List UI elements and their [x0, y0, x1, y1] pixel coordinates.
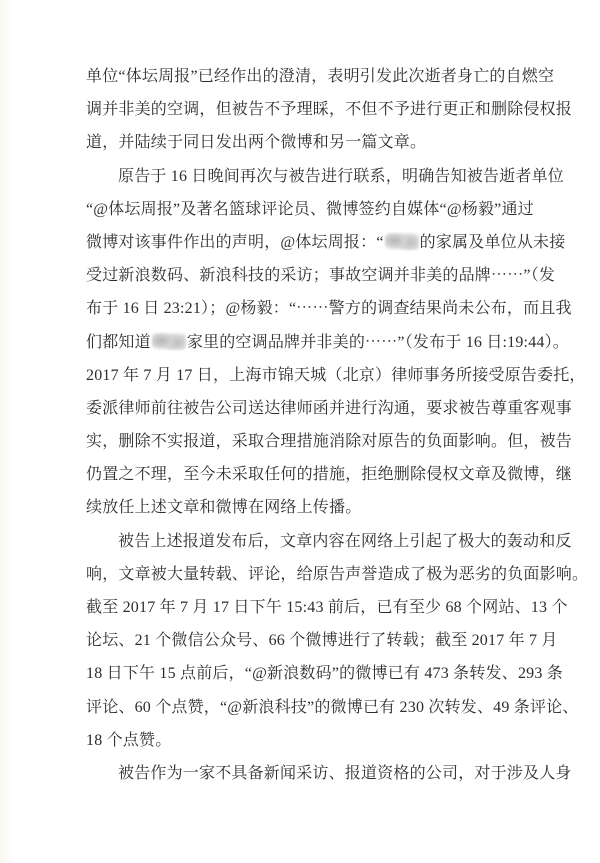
text-segment: 实，删除不实报道，采取合理措施消除对原告的负面影响。但，被告: [86, 433, 572, 450]
text-segment: 委派律师前往被告公司送达律师函并进行沟通，要求被告尊重客观事: [86, 400, 572, 417]
text-segment: 2017 年 7 月 17 日，上海市锦天城（北京）律师事务所接受原告委托，: [86, 367, 586, 384]
text-block: 单位“体坛周报”已经作出的澄清，表明引发此次逝者身亡的自燃空调并非美的空调，但被…: [86, 60, 514, 790]
text-segment: 论坛、21 个微信公众号、66 个微博进行了转载；截至 2017 年 7 月: [86, 632, 558, 649]
text-segment: 道，并陆续于同日发出两个微博和另一篇文章。: [86, 134, 426, 151]
scan-edge-artifact: [0, 0, 13, 863]
text-line: 被告作为一家不具备新闻采访、报道资格的公司，对于涉及人身: [86, 757, 514, 790]
text-segment: 18 个点赞。: [86, 732, 171, 749]
text-segment: 单位“体坛周报”已经作出的澄清，表明引发此次逝者身亡的自燃空: [86, 68, 554, 85]
text-line: 18 日下午 15 点前后，“@新浪数码”的微博已有 473 条转发、293 条: [86, 657, 514, 690]
text-segment: 们都知道: [86, 334, 151, 351]
text-line: 委派律师前往被告公司送达律师函并进行沟通，要求被告尊重客观事: [86, 392, 514, 425]
text-segment: 调并非美的空调，但被告不予理睬，不但不予进行更正和删除侵权报: [86, 101, 572, 118]
text-line: 布于 16 日 23:21）；@杨毅：“⋯⋯警方的调查结果尚未公布，而且我: [86, 292, 514, 325]
text-line: 仍置之不理，至今未采取任何的措施，拒绝删除侵权文章及微博，继: [86, 458, 514, 491]
text-line: 道，并陆续于同日发出两个微博和另一篇文章。: [86, 126, 514, 159]
text-segment: 微博对该事件作出的声明，@体坛周报：“: [86, 234, 384, 251]
text-segment: 的家属及单位从未接: [420, 234, 566, 251]
text-segment: 评论、60 个点赞，“@新浪科技”的微博已有 230 次转发、49 条评论、: [86, 699, 579, 716]
text-segment: 被告上述报道发布后，文章内容在网络上引起了极大的轰动和反: [118, 533, 572, 550]
text-line: 原告于 16 日晚间再次与被告进行联系，明确告知被告逝者单位: [86, 160, 514, 193]
redaction-blur: [385, 233, 419, 250]
text-line: 18 个点赞。: [86, 724, 514, 757]
text-segment: 响，文章被大量转载、评论，给原告声誉造成了极为恶劣的负面影响。: [86, 566, 588, 583]
text-segment: 仍置之不理，至今未采取任何的措施，拒绝删除侵权文章及微博，继: [86, 466, 572, 483]
text-line: 响，文章被大量转载、评论，给原告声誉造成了极为恶劣的负面影响。: [86, 558, 514, 591]
text-line: 被告上述报道发布后，文章内容在网络上引起了极大的轰动和反: [86, 525, 514, 558]
text-line: 微博对该事件作出的声明，@体坛周报：“的家属及单位从未接: [86, 226, 514, 259]
text-segment: 家里的空调品牌并非美的⋯⋯”（发布于 16 日:19:44）。: [187, 334, 569, 351]
text-line: 们都知道家里的空调品牌并非美的⋯⋯”（发布于 16 日:19:44）。: [86, 326, 514, 359]
text-line: 实，删除不实报道，采取合理措施消除对原告的负面影响。但，被告: [86, 425, 514, 458]
text-segment: 原告于 16 日晚间再次与被告进行联系，明确告知被告逝者单位: [118, 168, 564, 185]
text-line: 2017 年 7 月 17 日，上海市锦天城（北京）律师事务所接受原告委托，: [86, 359, 514, 392]
text-segment: 截至 2017 年 7 月 17 日下午 15:43 前后，已有至少 68 个网…: [86, 599, 568, 616]
text-line: 续放任上述文章和微博在网络上传播。: [86, 491, 514, 524]
text-segment: 续放任上述文章和微博在网络上传播。: [86, 499, 361, 516]
text-segment: “@体坛周报”及著名篮球评论员、微博签约自媒体“@杨毅”通过: [86, 201, 534, 218]
redaction-blur: [152, 333, 186, 350]
text-segment: 18 日下午 15 点前后，“@新浪数码”的微博已有 473 条转发、293 条: [86, 665, 563, 682]
text-line: 单位“体坛周报”已经作出的澄清，表明引发此次逝者身亡的自燃空: [86, 60, 514, 93]
text-segment: 被告作为一家不具备新闻采访、报道资格的公司，对于涉及人身: [118, 765, 572, 782]
text-segment: 布于 16 日 23:21）；@杨毅：“⋯⋯警方的调查结果尚未公布，而且我: [86, 300, 572, 317]
document-page: 单位“体坛周报”已经作出的澄清，表明引发此次逝者身亡的自燃空调并非美的空调，但被…: [0, 0, 600, 863]
text-line: 评论、60 个点赞，“@新浪科技”的微博已有 230 次转发、49 条评论、: [86, 691, 514, 724]
text-segment: 受过新浪数码、新浪科技的采访；事故空调并非美的品牌⋯⋯”（发: [86, 267, 555, 284]
text-line: 论坛、21 个微信公众号、66 个微博进行了转载；截至 2017 年 7 月: [86, 624, 514, 657]
text-line: 调并非美的空调，但被告不予理睬，不但不予进行更正和删除侵权报: [86, 93, 514, 126]
text-line: 受过新浪数码、新浪科技的采访；事故空调并非美的品牌⋯⋯”（发: [86, 259, 514, 292]
text-line: “@体坛周报”及著名篮球评论员、微博签约自媒体“@杨毅”通过: [86, 193, 514, 226]
text-line: 截至 2017 年 7 月 17 日下午 15:43 前后，已有至少 68 个网…: [86, 591, 514, 624]
